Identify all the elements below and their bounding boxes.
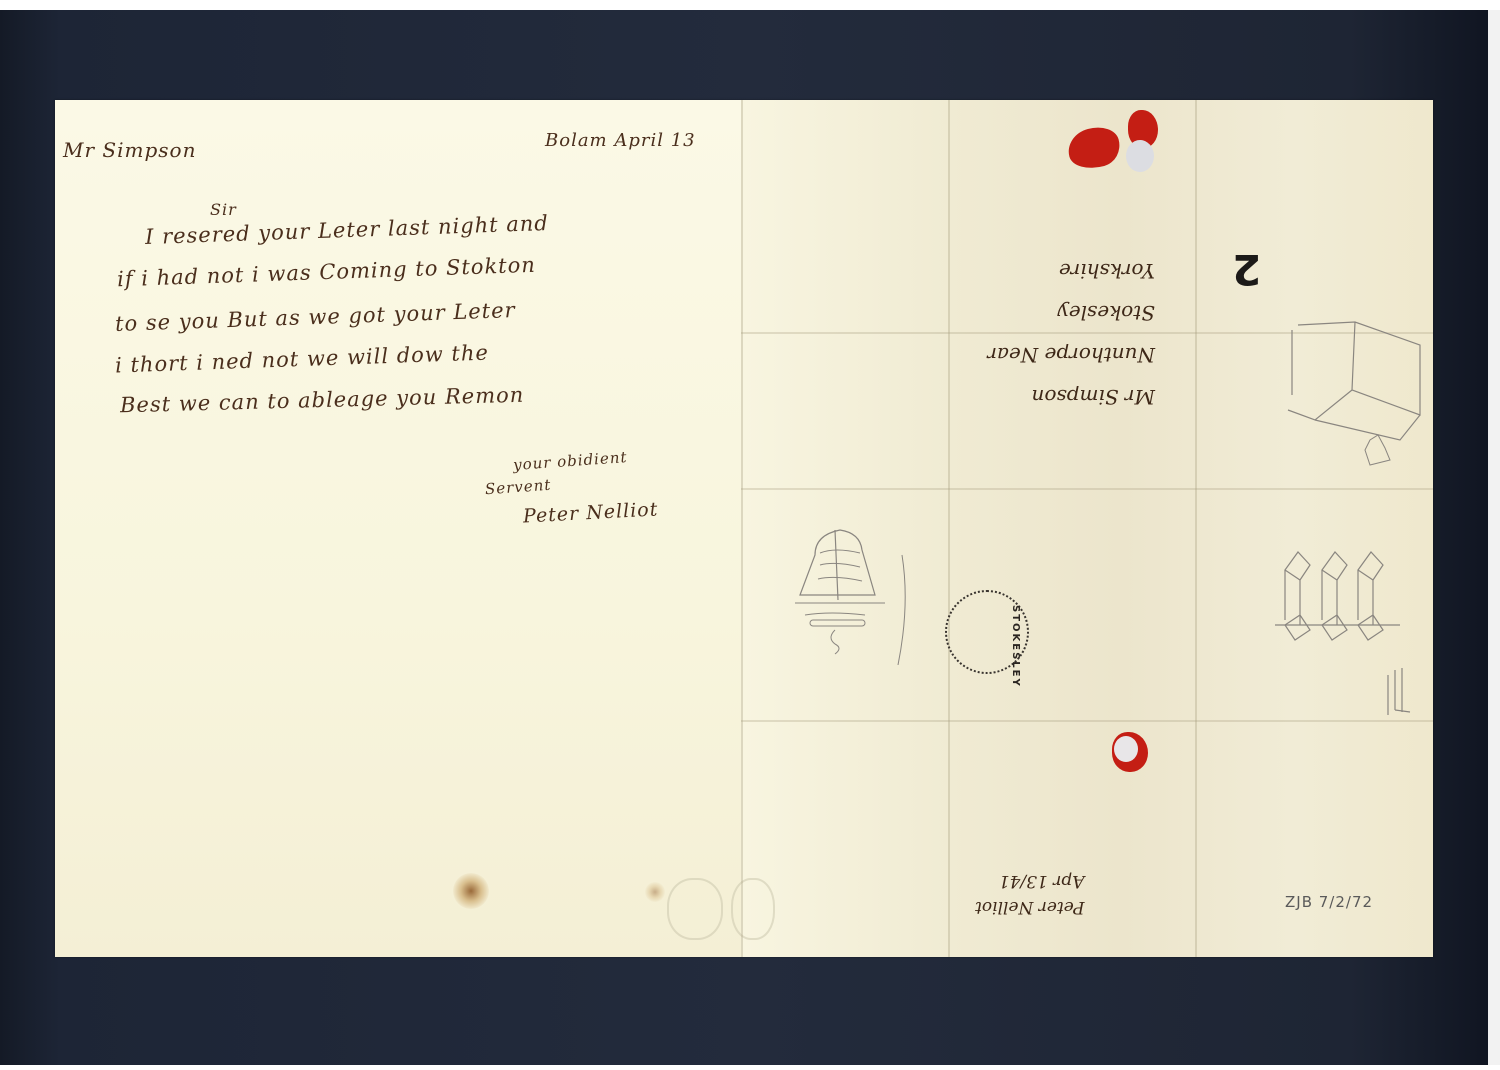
cover-address: Mr Simpson Nunthorpe Near Stokesley York… [905, 250, 1155, 418]
seal-residue [1126, 140, 1154, 172]
foxing-stain [453, 873, 489, 909]
dateline: Bolam April 13 [545, 130, 696, 151]
postmark-text: STOKESLEY [1010, 605, 1021, 688]
closing-line: your obidient [513, 448, 628, 474]
bell-sketch-icon [790, 515, 910, 665]
archive-note: ZJB 7/2/72 [1285, 893, 1373, 911]
seal-residue [1114, 736, 1138, 762]
scan-border [1488, 10, 1500, 1065]
letter-sheet: Mr Simpson Bolam April 13 Sir I resered … [55, 100, 1433, 957]
letter-page: Mr Simpson Bolam April 13 Sir I resered … [55, 100, 741, 957]
fold-line [1195, 100, 1197, 957]
salutation: Sir [210, 200, 237, 219]
fold-line [741, 100, 743, 957]
body-line: Best we can to ableage you Remon [120, 383, 525, 418]
body-line: if i had not i was Coming to Stokton [117, 253, 536, 292]
postage-mark: 2 [1232, 245, 1261, 294]
cube-sketch-icon [1270, 300, 1440, 470]
body-line: to se you But as we got your Leter [115, 298, 516, 336]
body-line: i thort i ned not we will dow the [115, 340, 490, 377]
fold-line [741, 488, 1433, 490]
body-line: I resered your Leter last night and [145, 211, 549, 249]
fold-line [741, 720, 1433, 722]
address-line: Mr Simpson [905, 376, 1155, 418]
embossed-mark [667, 878, 723, 940]
signature: Peter Nelliot [523, 498, 659, 527]
fold-line [948, 100, 950, 957]
addressee: Mr Simpson [63, 138, 196, 162]
address-line: Yorkshire [905, 250, 1155, 292]
embossed-mark [731, 878, 775, 940]
address-line: Nunthorpe Near [905, 334, 1155, 376]
docket-line: Peter Nelliot [975, 894, 1084, 920]
docket-line: Apr 13/41 [975, 868, 1084, 894]
docket-note: Peter Nelliot Apr 13/41 [975, 868, 1084, 920]
address-line: Stokesley [905, 292, 1155, 334]
columns-sketch-icon [1270, 540, 1420, 720]
closing-line: Servent [484, 476, 551, 499]
foxing-stain [645, 882, 665, 902]
